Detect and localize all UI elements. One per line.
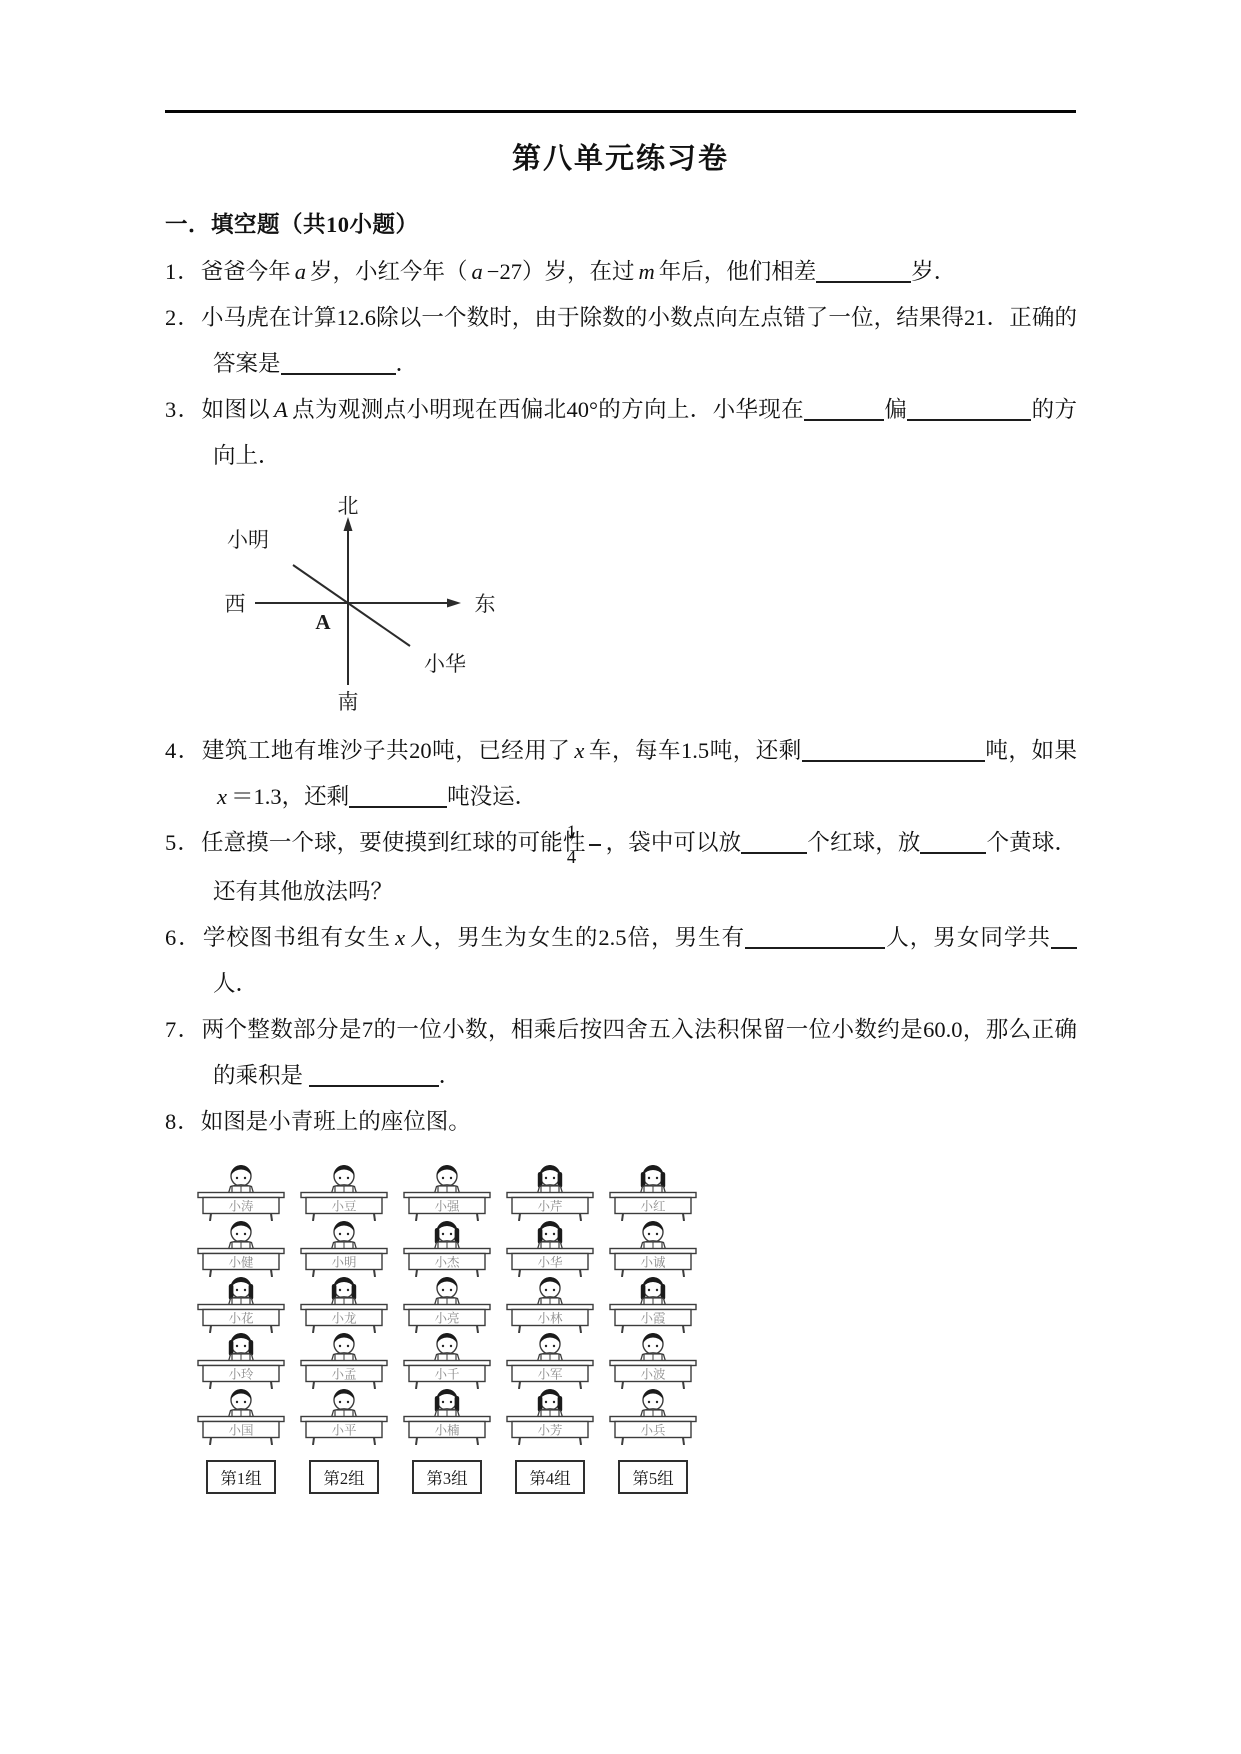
svg-text:小涛: 小涛: [228, 1198, 254, 1213]
question-text: 个红球，放: [807, 830, 920, 855]
east-arrowhead: [447, 599, 461, 608]
question-text: 年后，他们相差: [659, 259, 817, 284]
math-variable: x: [213, 784, 231, 809]
question-text: ，袋中可以放: [605, 830, 741, 855]
question-5: 5．任意摸一个球，要使摸到红球的可能性14，袋中可以放个红球，放个黄球．还有其他…: [165, 820, 1077, 915]
svg-text:小霞: 小霞: [640, 1311, 666, 1325]
label-point-a: A: [315, 610, 331, 634]
question-text: 岁，小红今年（: [310, 259, 468, 284]
group-label: 第1组: [206, 1460, 276, 1494]
answer-blank: [907, 397, 1031, 422]
svg-text:小楠: 小楠: [434, 1422, 459, 1437]
question-text: ．: [396, 351, 419, 376]
question-number: 6．: [165, 925, 203, 950]
seat-unit: 小华: [504, 1221, 596, 1277]
question-text: 吨，如果: [985, 738, 1077, 763]
question-2: 2．小马虎在计算12.6除以一个数时，由于除数的小数点向左点错了一位，结果得21…: [165, 295, 1077, 387]
seat-unit: 小杰: [401, 1221, 493, 1277]
section-header: 一．填空题（共10小题）: [165, 207, 1077, 239]
answer-blank: [802, 738, 985, 763]
group-label: 第4组: [515, 1460, 585, 1494]
label-west: 西: [225, 592, 246, 616]
compass-svg: 北 南 西 东 小明 小华 A: [193, 495, 553, 713]
page-title: 第八单元练习卷: [0, 136, 1241, 177]
svg-text:小诚: 小诚: [640, 1254, 666, 1269]
question-text: −27）岁，在过: [487, 259, 635, 284]
seat-column-5: 小红小诚小霞小波小兵第5组: [607, 1165, 699, 1494]
math-variable: a: [291, 259, 310, 284]
math-variable: A: [270, 397, 292, 422]
answer-blank: [816, 259, 911, 284]
svg-text:小千: 小千: [434, 1367, 459, 1381]
answer-blank: [804, 397, 884, 422]
seat-unit: 小健: [195, 1221, 287, 1277]
question-number: 7．: [165, 1017, 202, 1042]
questions-group-a: 1．爸爸今年a岁，小红今年（a−27）岁，在过m年后，他们相差岁．2．小马虎在计…: [165, 249, 1077, 479]
seat-column-4: 小芹小华小林小军小芳第4组: [504, 1165, 596, 1494]
question-text: 人．: [213, 971, 258, 996]
svg-text:小豆: 小豆: [331, 1199, 356, 1213]
seat-unit: 小霞: [607, 1277, 699, 1333]
label-east: 东: [475, 592, 496, 616]
questions-group-b: 4．建筑工地有堆沙子共20吨，已经用了x车，每车1.5吨，还剩吨，如果x＝1.3…: [165, 728, 1077, 1145]
seat-unit: 小花: [195, 1277, 287, 1333]
question-text: 人，男生为女生的2.5倍，男生有: [409, 925, 745, 950]
seat-unit: 小国: [195, 1389, 287, 1445]
question-number: 4．: [165, 738, 202, 763]
group-label: 第5组: [618, 1460, 688, 1494]
svg-text:小明: 小明: [331, 1255, 356, 1269]
group-label: 第2组: [309, 1460, 379, 1494]
seat-unit: 小涛: [195, 1165, 287, 1221]
seat-unit: 小芹: [504, 1165, 596, 1221]
svg-text:小强: 小强: [434, 1199, 460, 1213]
seat-unit: 小豆: [298, 1165, 390, 1221]
label-xiaoming: 小明: [227, 528, 269, 552]
header-rule: [165, 110, 1076, 113]
svg-text:小龙: 小龙: [331, 1310, 357, 1325]
seat-unit: 小千: [401, 1333, 493, 1389]
question-8: 8．如图是小青班上的座位图。: [165, 1099, 1077, 1145]
question-text: ＝1.3，还剩: [231, 784, 349, 809]
svg-text:小健: 小健: [228, 1254, 254, 1269]
question-number: 2．: [165, 305, 201, 330]
svg-text:小国: 小国: [228, 1423, 253, 1437]
question-1: 1．爸爸今年a岁，小红今年（a−27）岁，在过m年后，他们相差岁．: [165, 249, 1077, 295]
seat-unit: 小军: [504, 1333, 596, 1389]
math-variable: a: [468, 259, 487, 284]
seat-unit: 小龙: [298, 1277, 390, 1333]
svg-text:小林: 小林: [537, 1310, 563, 1325]
answer-blank: [745, 924, 885, 949]
math-variable: m: [635, 259, 659, 284]
group-label: 第3组: [412, 1460, 482, 1494]
sight-line: [293, 565, 410, 646]
svg-text:小波: 小波: [640, 1366, 666, 1381]
seat-unit: 小林: [504, 1277, 596, 1333]
math-variable: x: [391, 925, 409, 950]
question-text: 如图以: [201, 397, 270, 422]
question-text: 岁．: [911, 259, 956, 284]
label-xiaohua: 小华: [424, 652, 466, 676]
seat-column-3: 小强小杰小亮小千小楠第3组: [401, 1165, 493, 1494]
question-number: 5．: [165, 830, 201, 855]
question-number: 1．: [165, 259, 201, 284]
question-number: 3．: [165, 397, 201, 422]
question-3: 3．如图以A点为观测点小明现在西偏北40°的方向上．小华现在偏的方向上．: [165, 387, 1077, 479]
seat-column-1: 小涛小健小花小玲小国第1组: [195, 1165, 287, 1494]
north-arrowhead: [344, 517, 353, 531]
seat-unit: 小兵: [607, 1389, 699, 1445]
answer-blank: [920, 830, 986, 855]
answer-blank: [349, 784, 447, 809]
answer-blank: [1051, 924, 1077, 949]
question-text: 任意摸一个球，要使摸到红球的可能性: [201, 830, 585, 855]
question-text: 学校图书组有女生: [203, 925, 391, 950]
seat-unit: 小孟: [298, 1333, 390, 1389]
question-text: ．: [439, 1063, 462, 1088]
question-text: 建筑工地有堆沙子共20吨，已经用了: [202, 738, 571, 763]
label-south: 南: [338, 690, 359, 713]
seat-unit: 小强: [401, 1165, 493, 1221]
seat-unit: 小红: [607, 1165, 699, 1221]
svg-text:小红: 小红: [640, 1199, 666, 1213]
svg-text:小玲: 小玲: [228, 1367, 254, 1381]
svg-text:小芳: 小芳: [537, 1423, 562, 1437]
question-4: 4．建筑工地有堆沙子共20吨，已经用了x车，每车1.5吨，还剩吨，如果x＝1.3…: [165, 728, 1077, 820]
svg-text:小杰: 小杰: [434, 1254, 460, 1269]
question-text: 车，每车1.5吨，还剩: [588, 738, 801, 763]
answer-blank: [309, 1062, 439, 1087]
svg-text:小芹: 小芹: [537, 1198, 562, 1213]
seat-unit: 小明: [298, 1221, 390, 1277]
answer-blank: [281, 351, 396, 376]
svg-text:小军: 小军: [537, 1367, 563, 1381]
seating-chart: 小涛小健小花小玲小国第1组小豆小明小龙小孟小平第2组小强小杰小亮小千小楠第3组小…: [195, 1165, 1077, 1494]
seat-unit: 小平: [298, 1389, 390, 1445]
svg-text:小亮: 小亮: [434, 1311, 459, 1325]
svg-text:小孟: 小孟: [331, 1367, 356, 1381]
seat-unit: 小楠: [401, 1389, 493, 1445]
seat-column-2: 小豆小明小龙小孟小平第2组: [298, 1165, 390, 1494]
worksheet-page: 第八单元练习卷 一．填空题（共10小题） 1．爸爸今年a岁，小红今年（a−27）…: [0, 0, 1241, 1754]
compass-diagram: 北 南 西 东 小明 小华 A: [193, 495, 1077, 718]
label-north: 北: [338, 495, 359, 518]
question-7: 7．两个整数部分是7的一位小数，相乘后按四舍五入法积保留一位小数约是60.0，那…: [165, 1007, 1077, 1099]
svg-text:小兵: 小兵: [640, 1423, 666, 1437]
seat-unit: 小诚: [607, 1221, 699, 1277]
question-text: 吨没运．: [447, 784, 537, 809]
math-variable: x: [570, 738, 588, 763]
svg-text:小平: 小平: [331, 1423, 356, 1437]
question-text: 爸爸今年: [201, 259, 291, 284]
fraction: 14: [589, 821, 601, 869]
svg-text:小华: 小华: [537, 1254, 563, 1269]
question-text: 如图是小青班上的座位图。: [201, 1109, 471, 1134]
seat-unit: 小亮: [401, 1277, 493, 1333]
svg-text:小花: 小花: [228, 1311, 253, 1325]
seat-unit: 小玲: [195, 1333, 287, 1389]
question-text: 点为观测点小明现在西偏北40°的方向上．小华现在: [292, 397, 804, 422]
answer-blank: [741, 830, 807, 855]
question-6: 6．学校图书组有女生x人，男生为女生的2.5倍，男生有人，男女同学共人．: [165, 915, 1077, 1007]
question-text: 偏: [884, 397, 907, 422]
seat-unit: 小芳: [504, 1389, 596, 1445]
page-content: 一．填空题（共10小题） 1．爸爸今年a岁，小红今年（a−27）岁，在过m年后，…: [0, 207, 1241, 1494]
question-text: 人，男女同学共: [885, 925, 1051, 950]
question-number: 8．: [165, 1109, 201, 1134]
seat-unit: 小波: [607, 1333, 699, 1389]
